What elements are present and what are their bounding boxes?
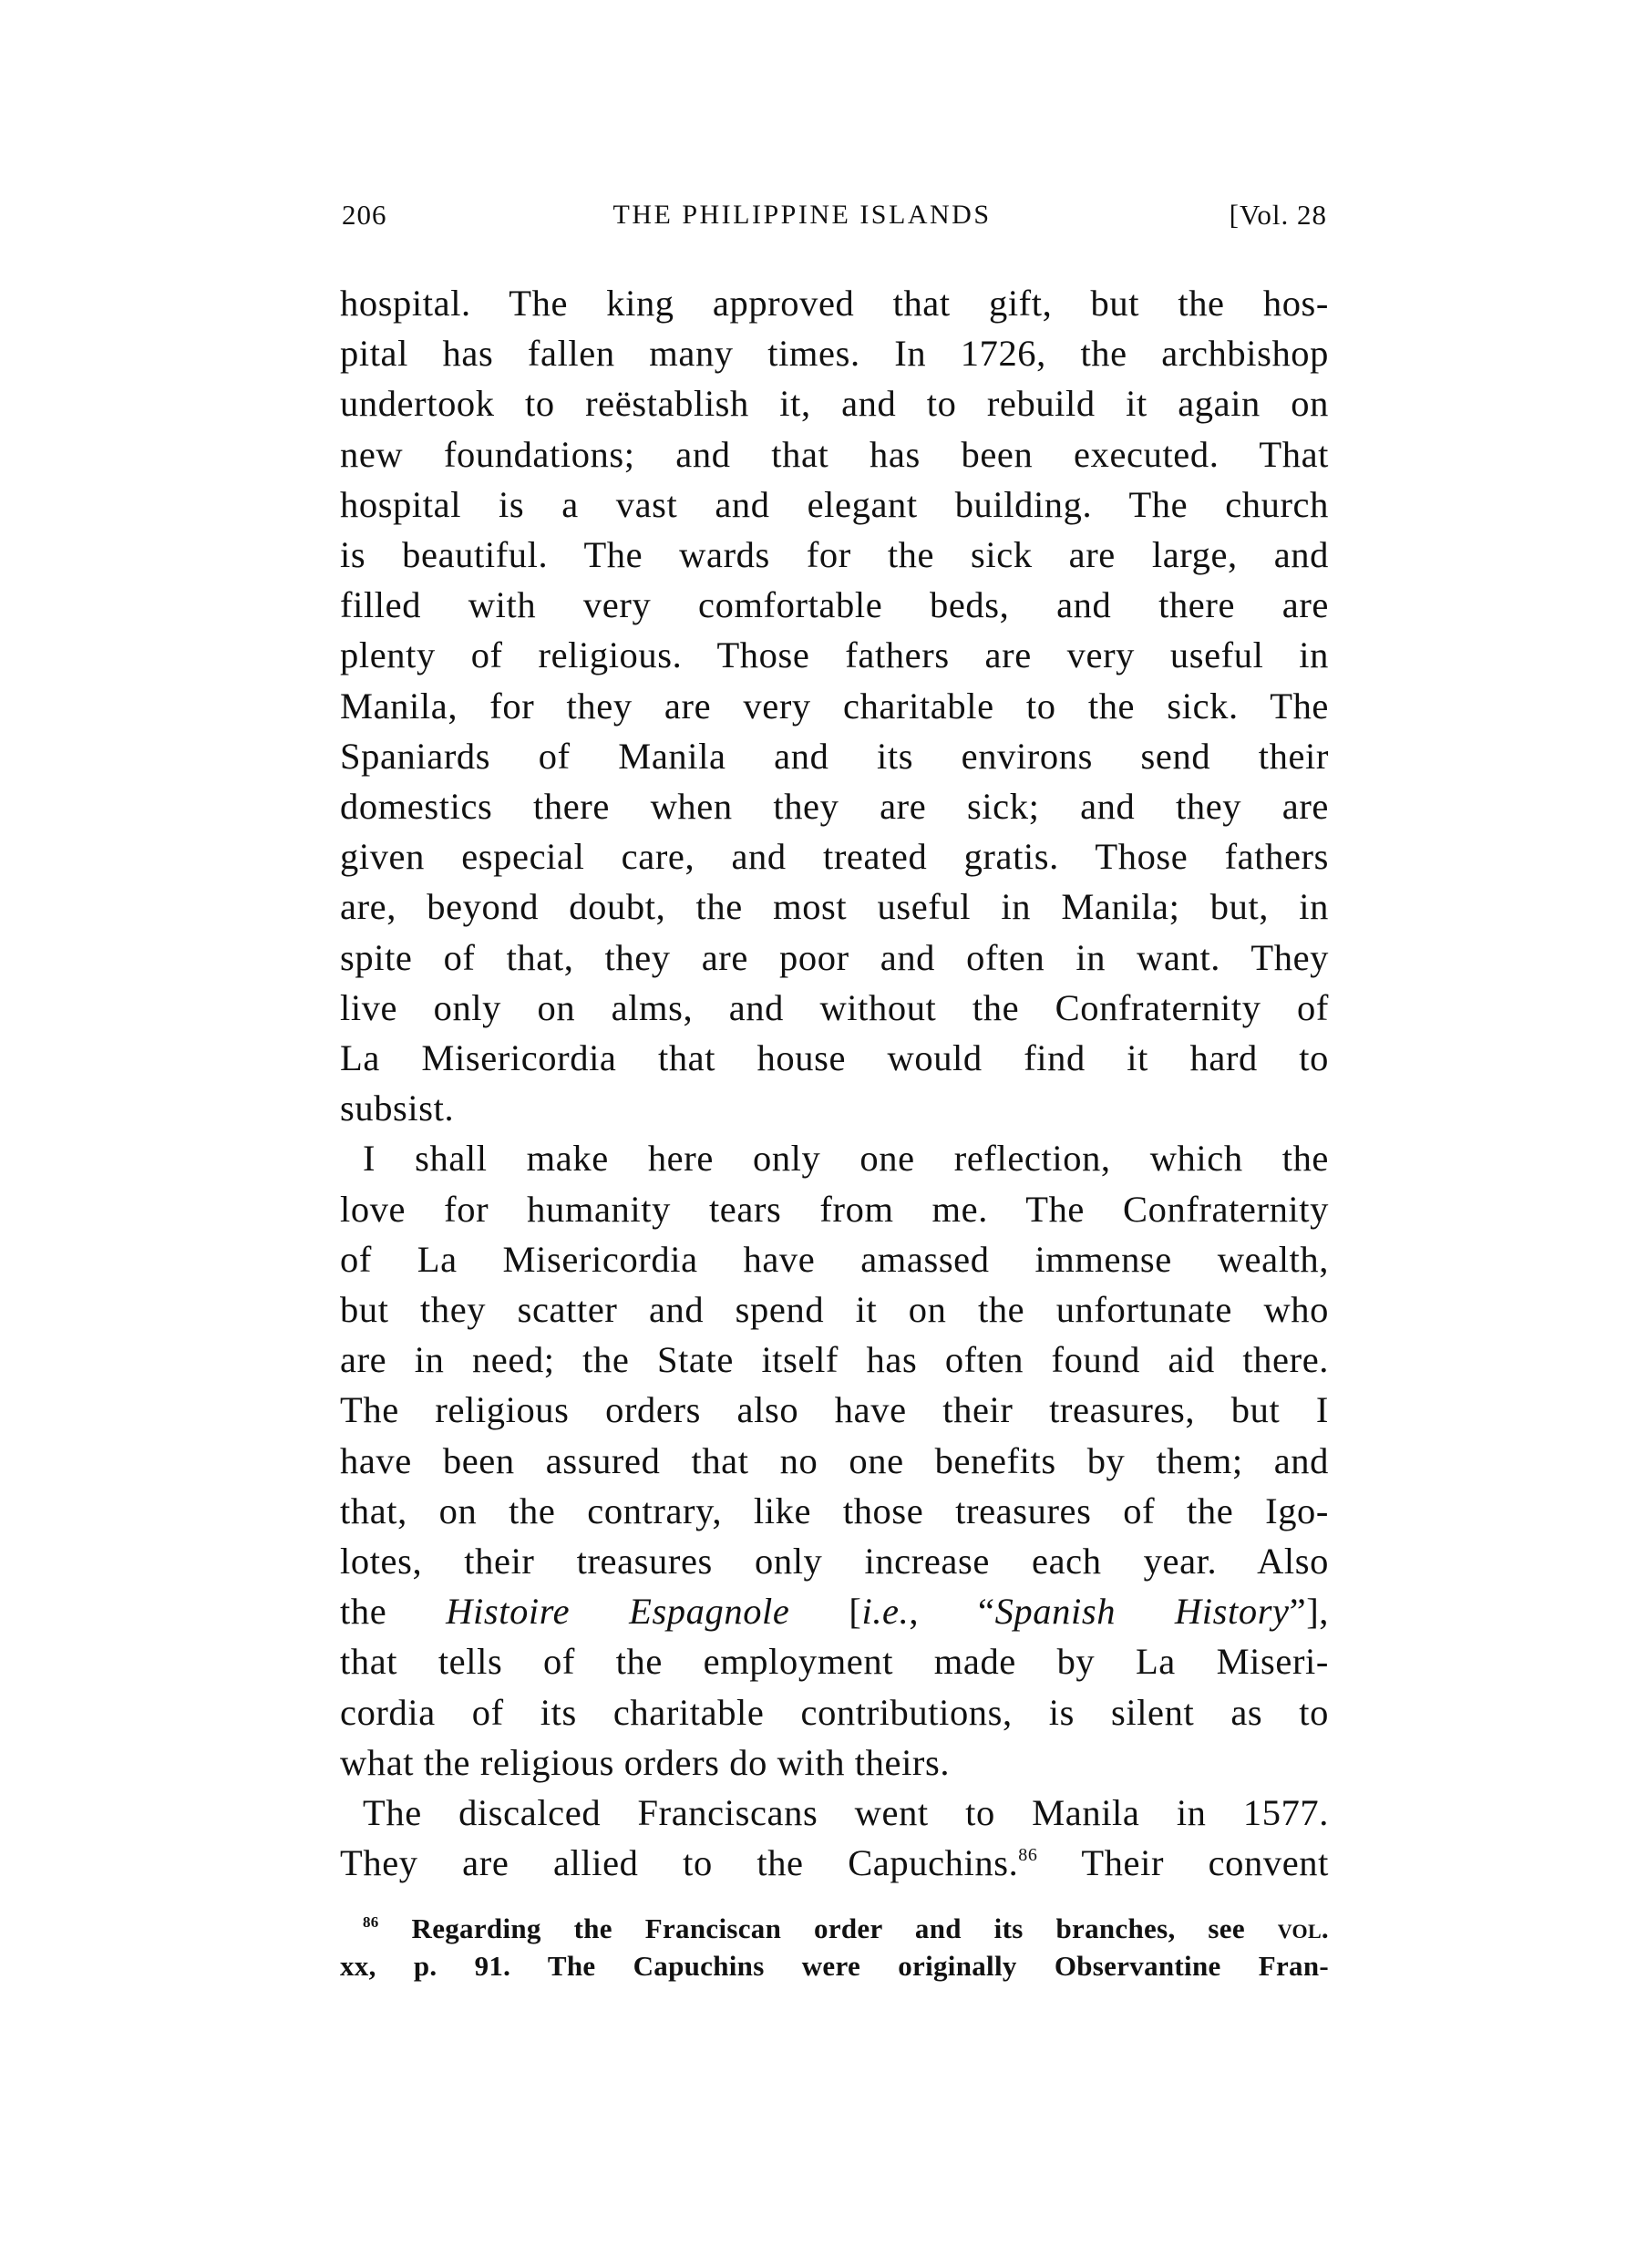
text-line: new foundations; and that has been execu…	[340, 429, 1329, 479]
text-fragment: ”],	[1290, 1591, 1329, 1632]
italic-book-title: Histoire Espagnole	[446, 1591, 789, 1632]
text-line: of La Misericordia have amassed immense …	[340, 1234, 1329, 1284]
paragraph-start-line: I shall make here only one reflection, w…	[363, 1133, 1329, 1183]
footnote-line: 86 Regarding the Franciscan order and it…	[363, 1910, 1329, 1947]
text-line: filled with very comfortable beds, and t…	[340, 580, 1329, 630]
text-line: but they scatter and spend it on the unf…	[340, 1284, 1329, 1335]
book-page: 206 THE PHILIPPINE ISLANDS [Vol. 28 hosp…	[0, 0, 1626, 2268]
text-line: what the religious orders do with theirs…	[340, 1737, 1329, 1788]
text-line: are, beyond doubt, the most useful in Ma…	[340, 881, 1329, 932]
text-line-with-footnote-ref: They are allied to the Capuchins.86 Thei…	[340, 1838, 1329, 1888]
text-line: lotes, their treasures only increase eac…	[340, 1536, 1329, 1586]
text-fragment: [	[790, 1591, 862, 1632]
text-line: hospital is a vast and elegant building.…	[340, 479, 1329, 530]
text-line-italic-reference: the Histoire Espagnole [i.e., “Spanish H…	[340, 1586, 1329, 1636]
text-line: pital has fallen many times. In 1726, th…	[340, 328, 1329, 378]
text-line: given especial care, and treated gratis.…	[340, 831, 1329, 881]
book-title: THE PHILIPPINE ISLANDS	[547, 195, 1057, 235]
footnote-text: Regarding the Franciscan order and its b…	[412, 1912, 1278, 1944]
footnote-reference[interactable]: 86	[1018, 1845, 1037, 1865]
text-line: that, on the contrary, like those treasu…	[340, 1486, 1329, 1536]
text-line: Spaniards of Manila and its environs sen…	[340, 731, 1329, 781]
text-fragment: They are allied to the Capuchins.	[340, 1842, 1018, 1883]
page-number: 206	[342, 195, 387, 235]
text-line: Manila, for they are very charitable to …	[340, 681, 1329, 731]
text-line: that tells of the employment made by La …	[340, 1636, 1329, 1686]
text-line: are in need; the State itself has often …	[340, 1335, 1329, 1385]
text-line: undertook to reëstablish it, and to rebu…	[340, 378, 1329, 428]
italic-translation: Spanish History	[995, 1591, 1290, 1632]
text-line: La Misericordia that house would find it…	[340, 1033, 1329, 1083]
text-fragment: the	[340, 1591, 446, 1632]
text-line: plenty of religious. Those fathers are v…	[340, 630, 1329, 680]
footnote-marker: 86	[363, 1913, 379, 1931]
footnote-vol-abbrev: vol.	[1278, 1912, 1329, 1944]
text-fragment: Their convent	[1038, 1842, 1330, 1883]
text-fragment: , “	[909, 1591, 994, 1632]
text-line: have been assured that no one benefits b…	[340, 1436, 1329, 1486]
running-head: 206 THE PHILIPPINE ISLANDS [Vol. 28	[340, 195, 1329, 235]
text-line: The religious orders also have their tre…	[340, 1385, 1329, 1435]
text-line: subsist.	[340, 1083, 1329, 1133]
footnote-line: xx, p. 91. The Capuchins were originally…	[340, 1947, 1329, 1984]
text-line: cordia of its charitable contributions, …	[340, 1687, 1329, 1737]
paragraph-start-line: The discalced Franciscans went to Manila…	[363, 1788, 1329, 1838]
text-line: hospital. The king approved that gift, b…	[340, 278, 1329, 328]
italic-abbreviation: i.e.	[861, 1591, 909, 1632]
text-line: spite of that, they are poor and often i…	[340, 933, 1329, 983]
text-line: is beautiful. The wards for the sick are…	[340, 530, 1329, 580]
text-line: live only on alms, and without the Confr…	[340, 983, 1329, 1033]
volume-label: [Vol. 28	[1230, 195, 1327, 235]
text-line: domestics there when they are sick; and …	[340, 781, 1329, 831]
text-line: love for humanity tears from me. The Con…	[340, 1184, 1329, 1234]
